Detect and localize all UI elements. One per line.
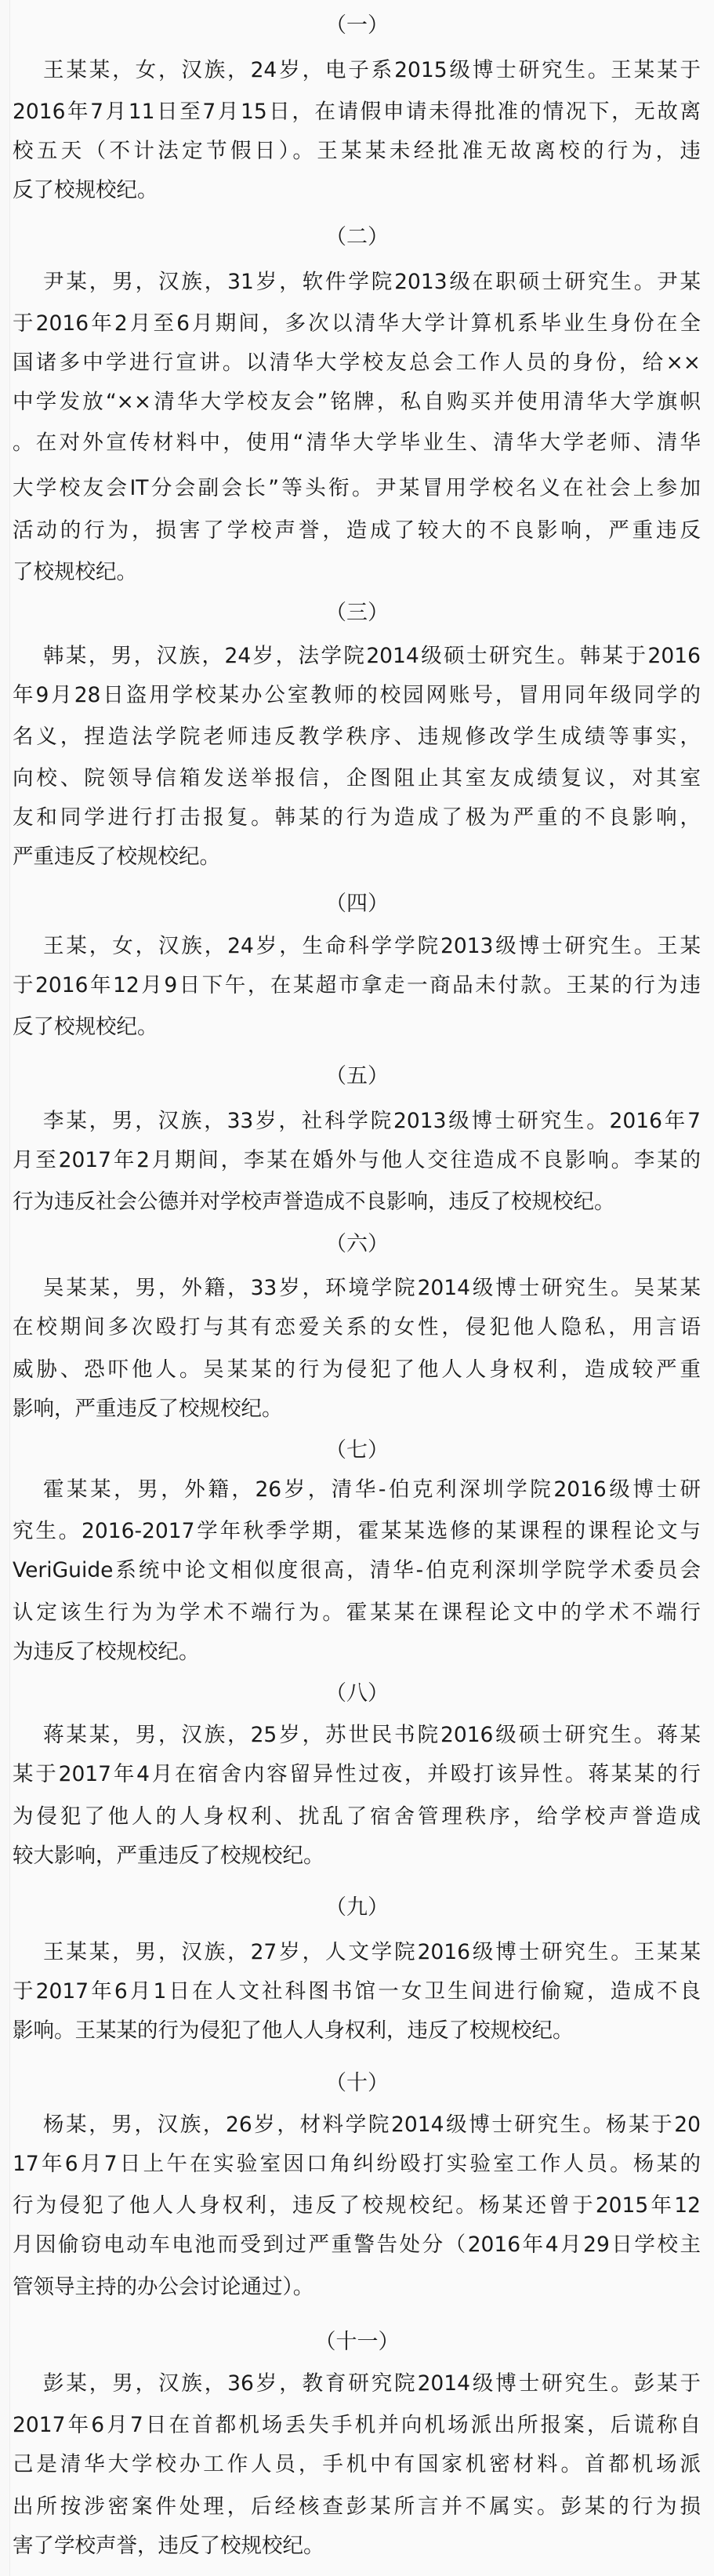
section-heading-9: （九）: [0, 1895, 714, 1921]
section-11-line-2: 2017年6月7日在首都机场丢失手机并向机场派出所报案，后谎称自: [13, 2412, 701, 2439]
section-2-line-5: 。在对外宣传材料中，使用“清华大学毕业生、清华大学老师、清华: [13, 430, 701, 456]
section-2-line-8: 了校规校纪。: [13, 559, 701, 586]
section-1-line-4: 反了校规校纪。: [13, 177, 701, 204]
section-6-line-2: 在校期间多次殴打与其有恋爱关系的女性，侵犯他人隐私，用言语: [13, 1314, 701, 1341]
section-7-line-3: VeriGuide系统中论文相似度很高，清华-伯克利深圳学院学术委员会: [13, 1557, 701, 1584]
section-10-line-5: 管领导主持的办公会讨论通过）。: [13, 2274, 701, 2301]
section-1-line-3: 校五天（不计法定节假日）。王某某未经批准无故离校的行为，违: [13, 138, 701, 165]
section-5-line-2: 月至2017年2月期间，李某在婚外与他人交往造成不良影响。李某的: [13, 1147, 701, 1174]
section-6-line-1: 吴某某，男，外籍，33岁，环境学院2014级博士研究生。吴某某: [43, 1275, 701, 1302]
section-5-line-1: 李某，男，汉族，33岁，社科学院2013级博士研究生。2016年7: [43, 1108, 701, 1135]
section-heading-11: （十一）: [0, 2329, 714, 2356]
section-9-line-3: 影响。王某某的行为侵犯了他人人身权利，违反了校规校纪。: [13, 2018, 701, 2044]
section-9-line-2: 于2017年6月1日在人文社科图书馆一女卫生间进行偷窥，造成不良: [13, 1978, 701, 2005]
section-6-line-3: 威胁、恐吓他人。吴某某的行为侵犯了他人人身权利，造成较严重: [13, 1357, 701, 1383]
section-10-line-1: 杨某，男，汉族，26岁，材料学院2014级博士研究生。杨某于20: [43, 2112, 701, 2138]
section-7-line-4: 认定该生行为为学术不端行为。霍某某在课程论文中的学术不端行: [13, 1600, 701, 1626]
section-8-line-2: 某于2017年4月在宿舍内容留异性过夜，并殴打该异性。蒋某某的行: [13, 1761, 701, 1788]
section-10-line-4: 月因偷窃电动车电池而受到过严重警告处分（2016年4月29日学校主: [13, 2232, 701, 2258]
section-6-line-4: 影响，严重违反了校规校纪。: [13, 1396, 701, 1422]
section-7-line-5: 为违反了校规校纪。: [13, 1639, 701, 1666]
section-heading-5: （五）: [0, 1063, 714, 1090]
section-2-line-2: 于2016年2月至6月期间，多次以清华大学计算机系毕业生身份在全: [13, 311, 701, 337]
section-11-line-4: 出所按涉密案件处理，后经核查彭某所言并不属实。彭某的行为损: [13, 2494, 701, 2520]
section-3-line-4: 向校、院领导信箱发送举报信，企图阻止其室友成绩复议，对其室: [13, 765, 701, 792]
section-2-line-6: 大学校友会IT分会副会长”等头衔。尹某冒用学校名义在社会上参加: [13, 475, 701, 502]
section-3-line-5: 友和同学进行打击报复。韩某的行为造成了极为严重的不良影响，: [13, 805, 701, 831]
section-10-line-2: 17年6月7日上午在实验室因口角纠纷殴打实验室工作人员。杨某的: [13, 2151, 701, 2178]
section-heading-6: （六）: [0, 1231, 714, 1258]
section-heading-7: （七）: [0, 1437, 714, 1464]
section-heading-4: （四）: [0, 891, 714, 917]
section-7-line-2: 究生。2016-2017学年秋季学期，霍某某选修的某课程的课程论文与: [13, 1518, 701, 1545]
section-4-line-1: 王某，女，汉族，24岁，生命科学学院2013级博士研究生。王某: [43, 933, 701, 960]
section-1-line-1: 王某某，女，汉族，24岁，电子系2015级博士研究生。王某某于: [43, 57, 701, 84]
section-8-line-3: 为侵犯了他人的人身权利、扰乱了宿舍管理秩序，给学校声誉造成: [13, 1804, 701, 1830]
section-heading-3: （三）: [0, 600, 714, 627]
section-2-line-3: 国诸多中学进行宣讲。以清华大学校友总会工作人员的身份，给××: [13, 350, 701, 376]
section-3-line-1: 韩某，男，汉族，24岁，法学院2014级硕士研究生。韩某于2016: [43, 643, 701, 670]
section-2-line-1: 尹某，男，汉族，31岁，软件学院2013级在职硕士研究生。尹某: [43, 269, 701, 296]
section-heading-10: （十）: [0, 2070, 714, 2097]
section-11-line-1: 彭某，男，汉族，36岁，教育研究院2014级博士研究生。彭某于: [43, 2371, 701, 2397]
section-3-line-6: 严重违反了校规校纪。: [13, 844, 701, 870]
section-8-line-4: 较大影响，严重违反了校规校纪。: [13, 1843, 701, 1869]
section-4-line-3: 反了校规校纪。: [13, 1014, 701, 1041]
section-9-line-1: 王某某，男，汉族，27岁，人文学院2016级博士研究生。王某某: [43, 1939, 701, 1966]
section-4-line-2: 于2016年12月9日下午，在某超市拿走一商品未付款。王某的行为违: [13, 972, 701, 999]
section-7-line-1: 霍某某，男，外籍，26岁，清华-伯克利深圳学院2016级博士研: [43, 1477, 701, 1503]
section-8-line-1: 蒋某某，男，汉族，25岁，苏世民书院2016级硕士研究生。蒋某: [43, 1722, 701, 1749]
section-2-line-7: 活动的行为，损害了学校声誉，造成了较大的不良影响，严重违反: [13, 518, 701, 544]
section-2-line-4: 中学发放“××清华大学校友会”铭牌，私自购买并使用清华大学旗帜: [13, 389, 701, 416]
section-10-line-3: 行为侵犯了他人人身权利，违反了校规校纪。杨某还曾于2015年12: [13, 2193, 701, 2219]
section-heading-1: （一）: [0, 13, 714, 39]
section-heading-8: （八）: [0, 1680, 714, 1707]
section-heading-2: （二）: [0, 224, 714, 251]
section-5-line-3: 行为违反社会公德并对学校声誉造成不良影响，违反了校规校纪。: [13, 1189, 701, 1215]
section-1-line-2: 2016年7月11日至7月15日，在请假申请未得批准的情况下，无故离: [13, 99, 701, 125]
section-3-line-2: 年9月28日盗用学校某办公室教师的校园网账号，冒用同年级同学的: [13, 682, 701, 709]
section-11-line-5: 害了学校声誉，违反了校规校纪。: [13, 2533, 701, 2560]
section-3-line-3: 名义，捏造法学院老师违反教学秩序、违规修改学生成绩等事实，: [13, 724, 701, 750]
section-11-line-3: 己是清华大学校办工作人员，手机中有国家机密材料。首都机场派: [13, 2451, 701, 2478]
